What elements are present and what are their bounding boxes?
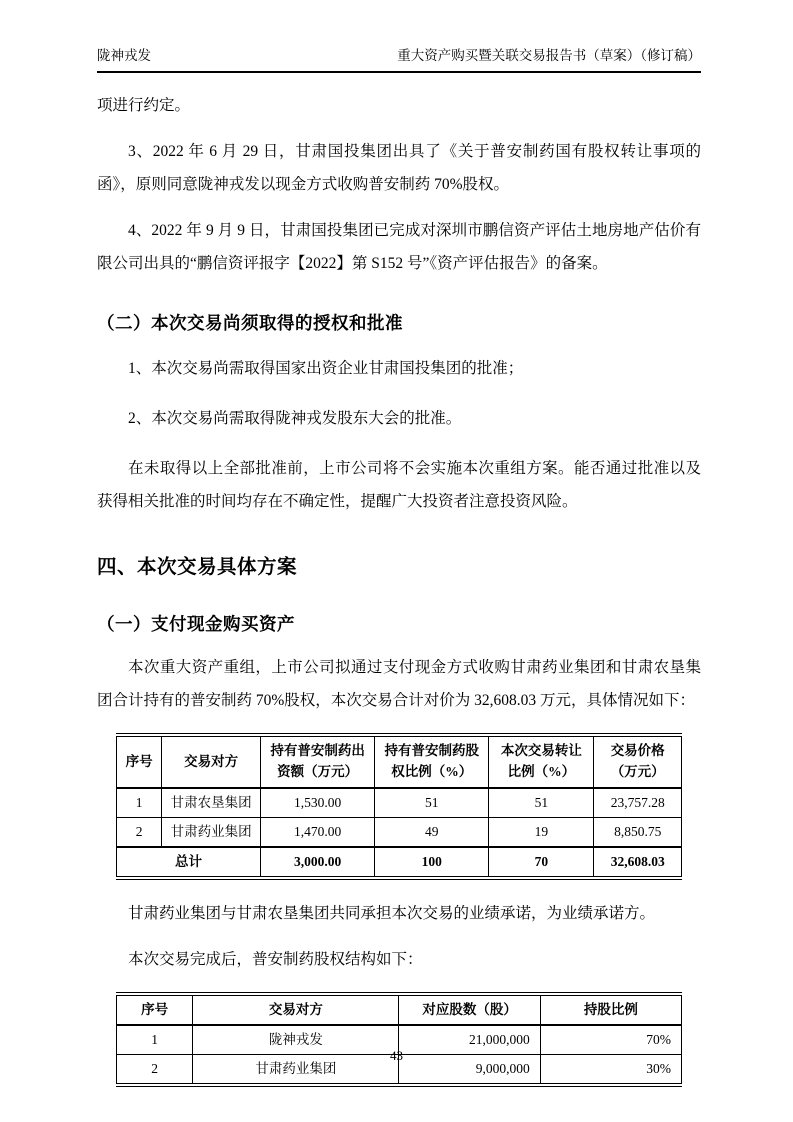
col-header-shareholder: 交易对方	[193, 994, 399, 1025]
table-row: 1 甘肃农垦集团 1,530.00 51 51 23,757.28	[117, 788, 682, 818]
header-report-title: 重大资产购买暨关联交易报告书（草案）（修订稿）	[397, 44, 701, 64]
cell-price: 23,757.28	[594, 788, 682, 818]
cell-total-price: 32,608.03	[594, 847, 682, 878]
cell-price: 8,850.75	[594, 818, 682, 848]
heading-section-4-1: （一）支付现金购买资产	[97, 611, 701, 636]
header-company-name: 陇神戎发	[97, 44, 151, 64]
cell-transfer-ratio: 19	[489, 818, 594, 848]
col-header-transfer-ratio: 本次交易转让比例（%）	[489, 735, 594, 788]
document-page: 陇神戎发 重大资产购买暨关联交易报告书（草案）（修订稿） 项进行约定。 3、20…	[0, 0, 793, 1122]
col-header-holding-ratio: 持股比例	[540, 994, 681, 1025]
col-header-equity-ratio: 持有普安制药股权比例（%）	[375, 735, 489, 788]
cell-transfer-ratio: 51	[489, 788, 594, 818]
paragraph-item4: 4、2022 年 9 月 9 日，甘肃国投集团已完成对深圳市鹏信资产评估土地房地…	[97, 214, 701, 280]
table-total-row: 总计 3,000.00 100 70 32,608.03	[117, 847, 682, 878]
cell-counterparty: 甘肃农垦集团	[162, 788, 261, 818]
heading-section-2: （二）本次交易尚须取得的授权和批准	[97, 310, 701, 335]
cell-capital: 1,530.00	[261, 788, 375, 818]
heading-section-4: 四、本次交易具体方案	[97, 551, 701, 579]
cell-index: 1	[117, 788, 162, 818]
cell-total-label: 总计	[117, 847, 261, 878]
paragraph-performance-promise: 甘肃药业集团与甘肃农垦集团共同承担本次交易的业绩承诺，为业绩承诺方。	[97, 897, 701, 930]
table-header-row: 序号 交易对方 持有普安制药出资额（万元） 持有普安制药股权比例（%） 本次交易…	[117, 735, 682, 788]
table-row: 2 甘肃药业集团 1,470.00 49 19 8,850.75	[117, 818, 682, 848]
paragraph-item3: 3、2022 年 6 月 29 日，甘肃国投集团出具了《关于普安制药国有股权转让…	[97, 135, 701, 201]
approval-item-1: 1、本次交易尚需取得国家出资企业甘肃国投集团的批准；	[97, 352, 701, 385]
cell-equity-ratio: 51	[375, 788, 489, 818]
paragraph-carryover: 项进行约定。	[97, 89, 701, 122]
col-header-counterparty: 交易对方	[162, 735, 261, 788]
paragraph-equity-structure: 本次交易完成后，普安制药股权结构如下：	[97, 943, 701, 976]
cell-equity-ratio: 49	[375, 818, 489, 848]
paragraph-deal-summary: 本次重大资产重组，上市公司拟通过支付现金方式收购甘肃药业集团和甘肃农垦集团合计持…	[97, 651, 701, 717]
col-header-index: 序号	[117, 735, 162, 788]
running-header: 陇神戎发 重大资产购买暨关联交易报告书（草案）（修订稿）	[97, 44, 701, 73]
cell-index: 2	[117, 818, 162, 848]
cell-total-capital: 3,000.00	[261, 847, 375, 878]
paragraph-risk-notice: 在未取得以上全部批准前，上市公司将不会实施本次重组方案。能否通过批准以及获得相关…	[97, 452, 701, 518]
cell-capital: 1,470.00	[261, 818, 375, 848]
cell-total-equity-ratio: 100	[375, 847, 489, 878]
table-transaction-details: 序号 交易对方 持有普安制药出资额（万元） 持有普安制药股权比例（%） 本次交易…	[116, 733, 682, 880]
cell-counterparty: 甘肃药业集团	[162, 818, 261, 848]
table-equity-structure: 序号 交易对方 对应股数（股） 持股比例 1 陇神戎发 21,000,000 7…	[116, 992, 682, 1087]
table-header-row: 序号 交易对方 对应股数（股） 持股比例	[117, 994, 682, 1025]
col-header-index: 序号	[117, 994, 193, 1025]
col-header-shares: 对应股数（股）	[399, 994, 540, 1025]
col-header-capital: 持有普安制药出资额（万元）	[261, 735, 375, 788]
col-header-price: 交易价格（万元）	[594, 735, 682, 788]
approval-item-2: 2、本次交易尚需取得陇神戎发股东大会的批准。	[97, 402, 701, 435]
page-number: 43	[0, 1048, 793, 1064]
cell-total-transfer-ratio: 70	[489, 847, 594, 878]
